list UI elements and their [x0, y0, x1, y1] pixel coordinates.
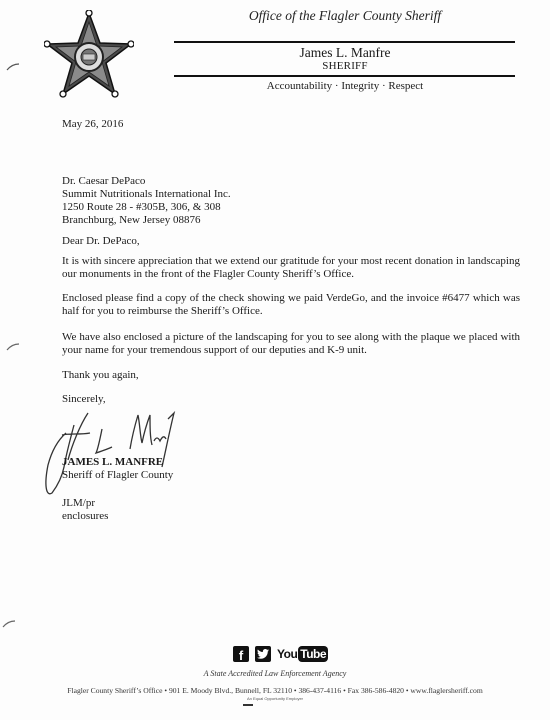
letterhead-motto: Accountability · Integrity · Respect: [175, 80, 515, 92]
facebook-icon[interactable]: f: [233, 646, 249, 662]
signature-icon: [40, 405, 190, 500]
youtube-tube: Tube: [298, 646, 328, 662]
youtube-icon[interactable]: YouTube: [277, 646, 328, 662]
scan-mark: [2, 615, 16, 633]
thanks-line: Thank you again,: [62, 369, 139, 382]
letterhead-rule-top: [174, 41, 515, 43]
footer-dash: [243, 704, 253, 706]
letterhead-title: SHERIFF: [175, 60, 515, 72]
body-paragraph: Enclosed please find a copy of the check…: [62, 292, 520, 318]
eoe-notice: An Equal Opportunity Employer: [0, 696, 550, 701]
letterhead-rule-bottom: [174, 75, 515, 77]
letterhead-office: Office of the Flagler County Sheriff: [175, 8, 515, 24]
social-links: f YouTube: [233, 646, 328, 662]
body-paragraph: We have also enclosed a picture of the l…: [62, 331, 520, 357]
accreditation-line: A State Accredited Law Enforcement Agenc…: [0, 669, 550, 678]
letterhead-name: James L. Manfre: [175, 45, 515, 61]
recipient-street: 1250 Route 28 - #305B, 306, & 308: [62, 201, 231, 214]
recipient-address: Dr. Caesar DePaco Summit Nutritionals In…: [62, 175, 231, 227]
body-paragraph: It is with sincere appreciation that we …: [62, 255, 520, 281]
sheriff-star-badge-icon: [44, 10, 134, 98]
typist-initials: JLM/pr: [62, 497, 95, 510]
twitter-icon[interactable]: [255, 646, 271, 662]
scan-mark: [6, 338, 20, 356]
scan-mark: [6, 58, 20, 76]
signer-title: Sheriff of Flagler County: [62, 469, 173, 482]
recipient-company: Summit Nutritionals International Inc.: [62, 188, 231, 201]
footer-contact: Flagler County Sheriff’s Office • 901 E.…: [0, 686, 550, 695]
letter-date: May 26, 2016: [62, 118, 123, 131]
signer-name: JAMES L. MANFRE: [62, 456, 163, 469]
recipient-city: Branchburg, New Jersey 08876: [62, 214, 231, 227]
youtube-you: You: [277, 647, 297, 661]
recipient-name: Dr. Caesar DePaco: [62, 175, 231, 188]
enclosures-note: enclosures: [62, 510, 108, 523]
salutation: Dear Dr. DePaco,: [62, 235, 140, 248]
